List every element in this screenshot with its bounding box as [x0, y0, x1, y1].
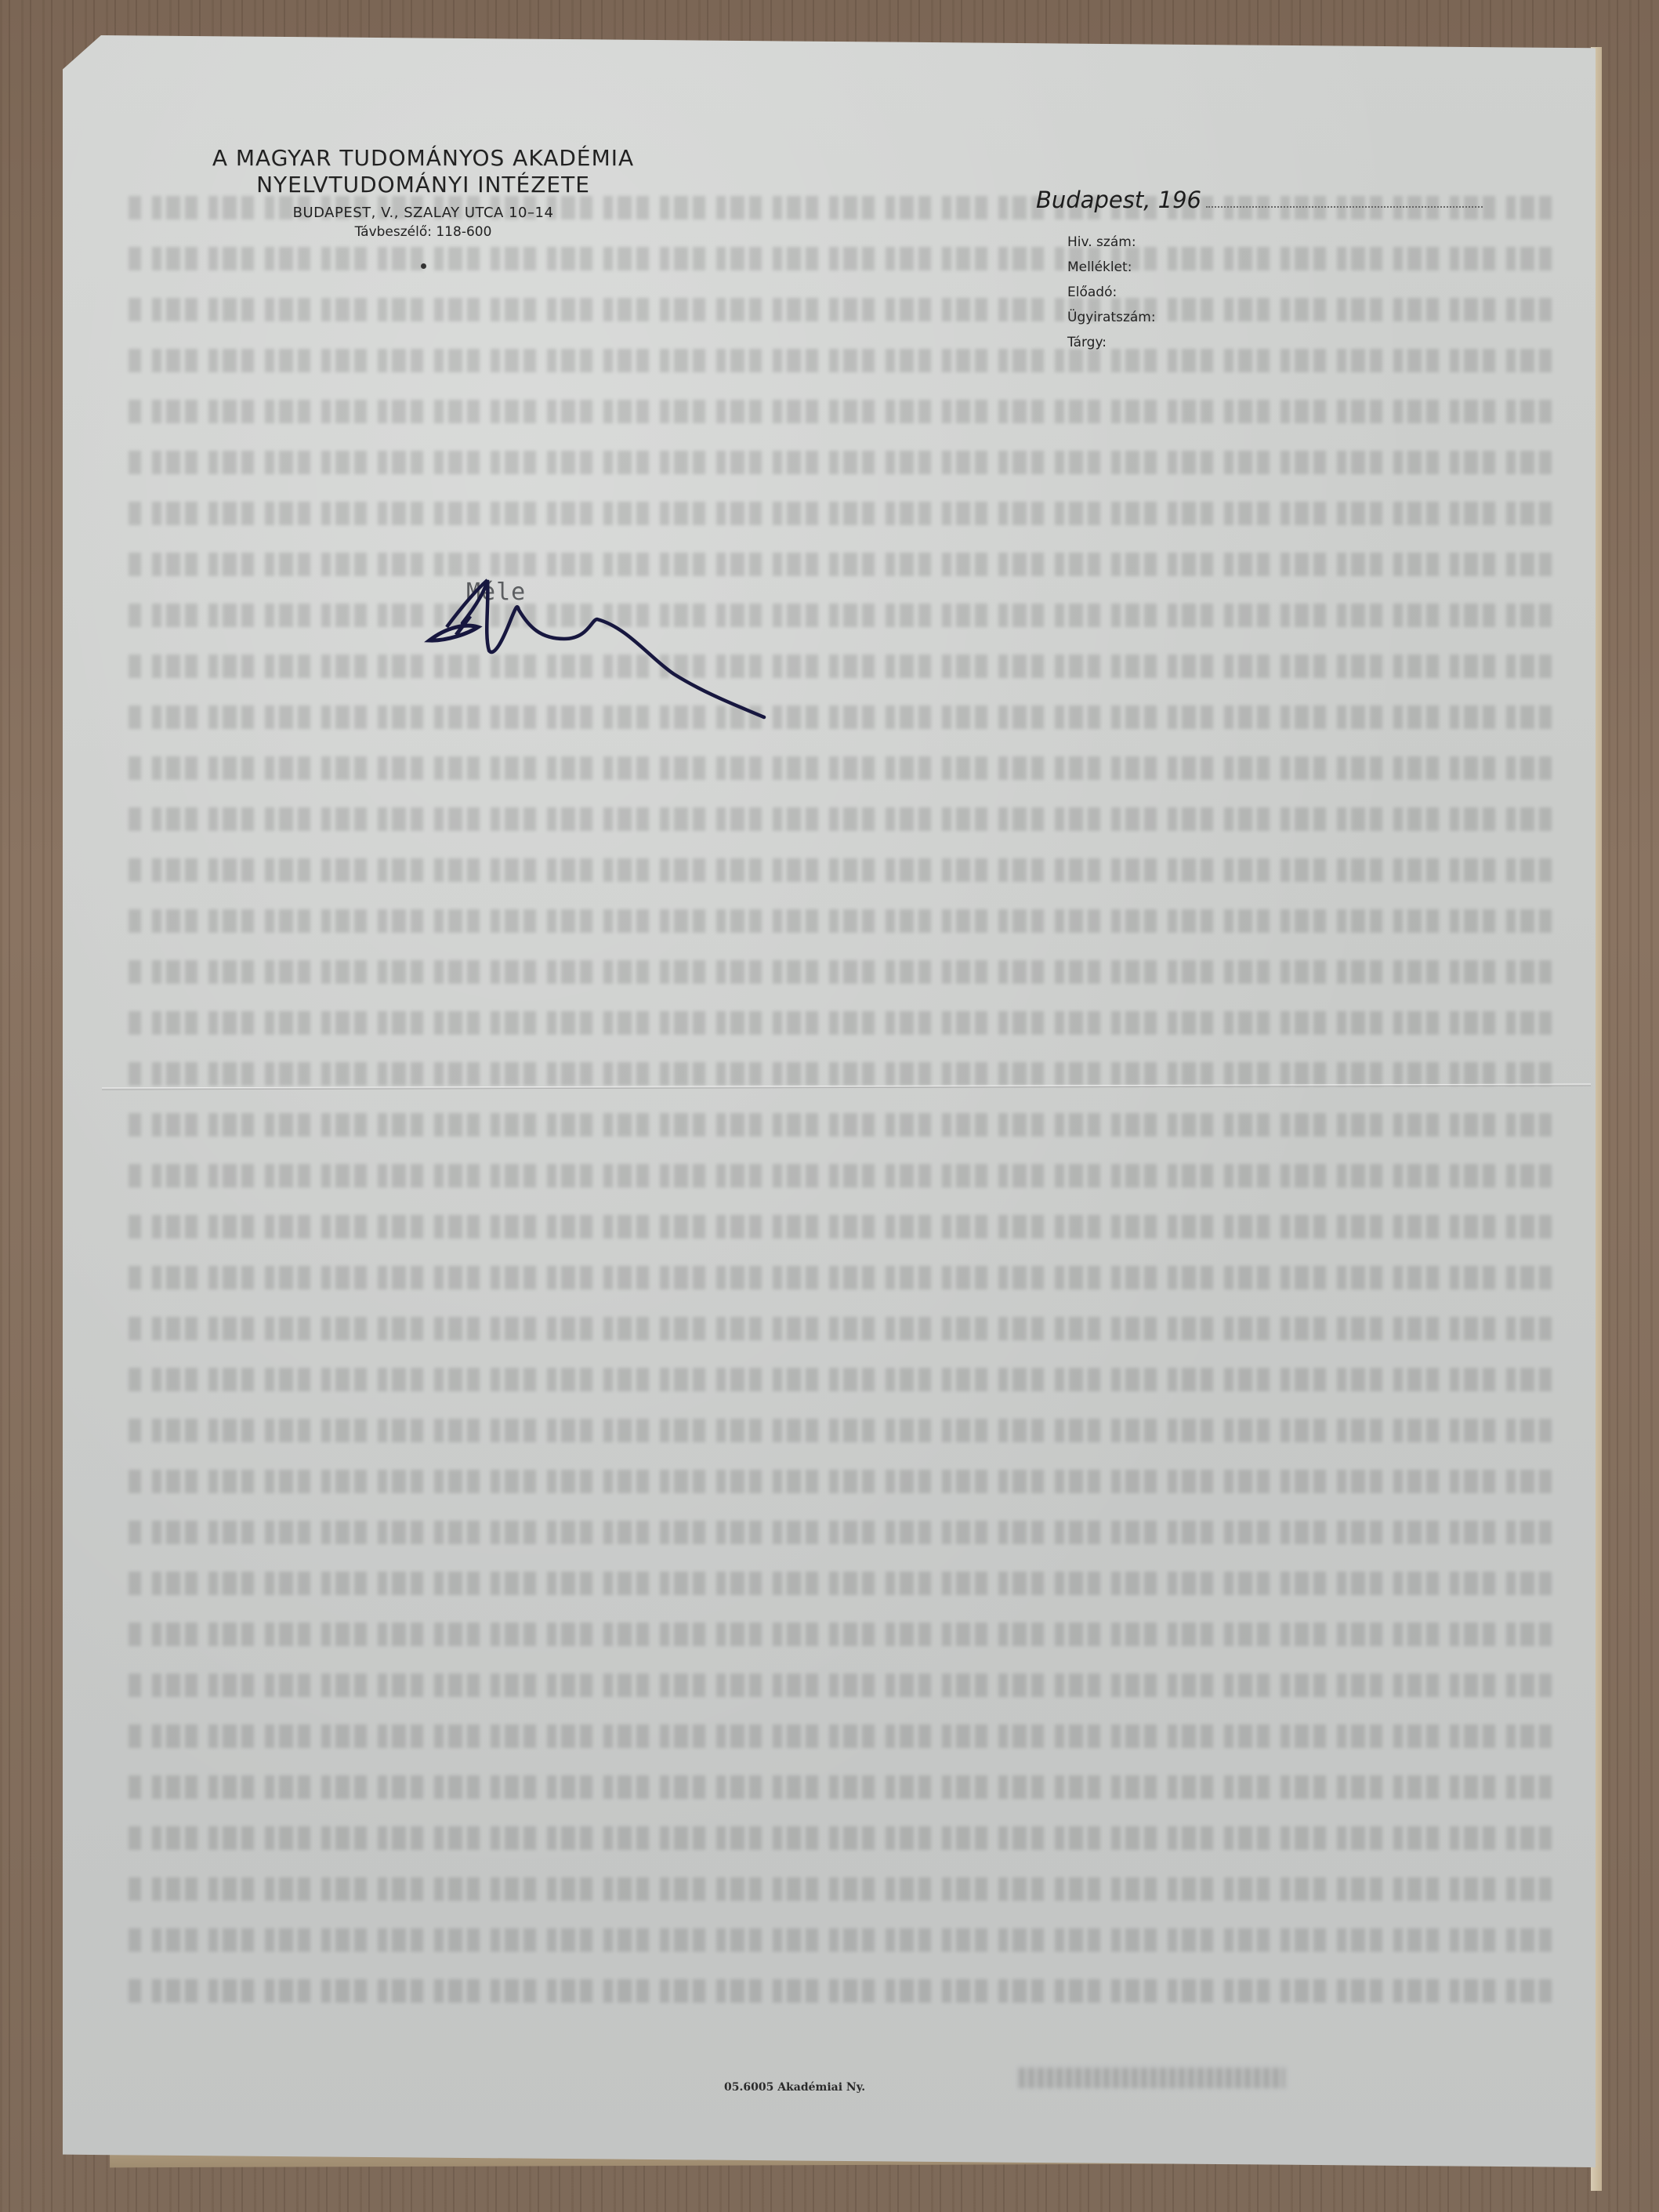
- signature-icon: [392, 549, 799, 737]
- letterhead-phone: Távbeszélő: 118-600: [188, 224, 658, 240]
- faded-stamp: [1019, 2068, 1285, 2088]
- letterhead: A MAGYAR TUDOMÁNYOS AKADÉMIA NYELVTUDOMÁ…: [188, 145, 658, 269]
- letterhead-institute: NYELVTUDOMÁNYI INTÉZETE: [188, 172, 658, 198]
- field-targy: Tárgy:: [1067, 330, 1156, 355]
- date-line: Budapest, 196: [1036, 187, 1483, 213]
- printer-mark: 05.6005 Akadémiai Ny.: [724, 2081, 865, 2094]
- field-hiv-szam: Hiv. szám:: [1067, 230, 1156, 255]
- date-city-year: Budapest, 196: [1036, 187, 1201, 213]
- letterhead-academy: A MAGYAR TUDOMÁNYOS AKADÉMIA: [188, 145, 658, 172]
- bullet-dot-icon: [421, 263, 426, 269]
- letterhead-address: BUDAPEST, V., SZALAY UTCA 10–14: [188, 205, 658, 221]
- date-fill-dots: [1206, 206, 1483, 208]
- field-ugyiratszam: Ügyiratszám:: [1067, 305, 1156, 330]
- reference-fields: Hiv. szám: Melléklet: Előadó: Ügyiratszá…: [1067, 230, 1156, 355]
- field-melleklet: Melléklet:: [1067, 255, 1156, 280]
- field-eloado: Előadó:: [1067, 280, 1156, 305]
- reverse-side-showthrough: [125, 196, 1552, 2077]
